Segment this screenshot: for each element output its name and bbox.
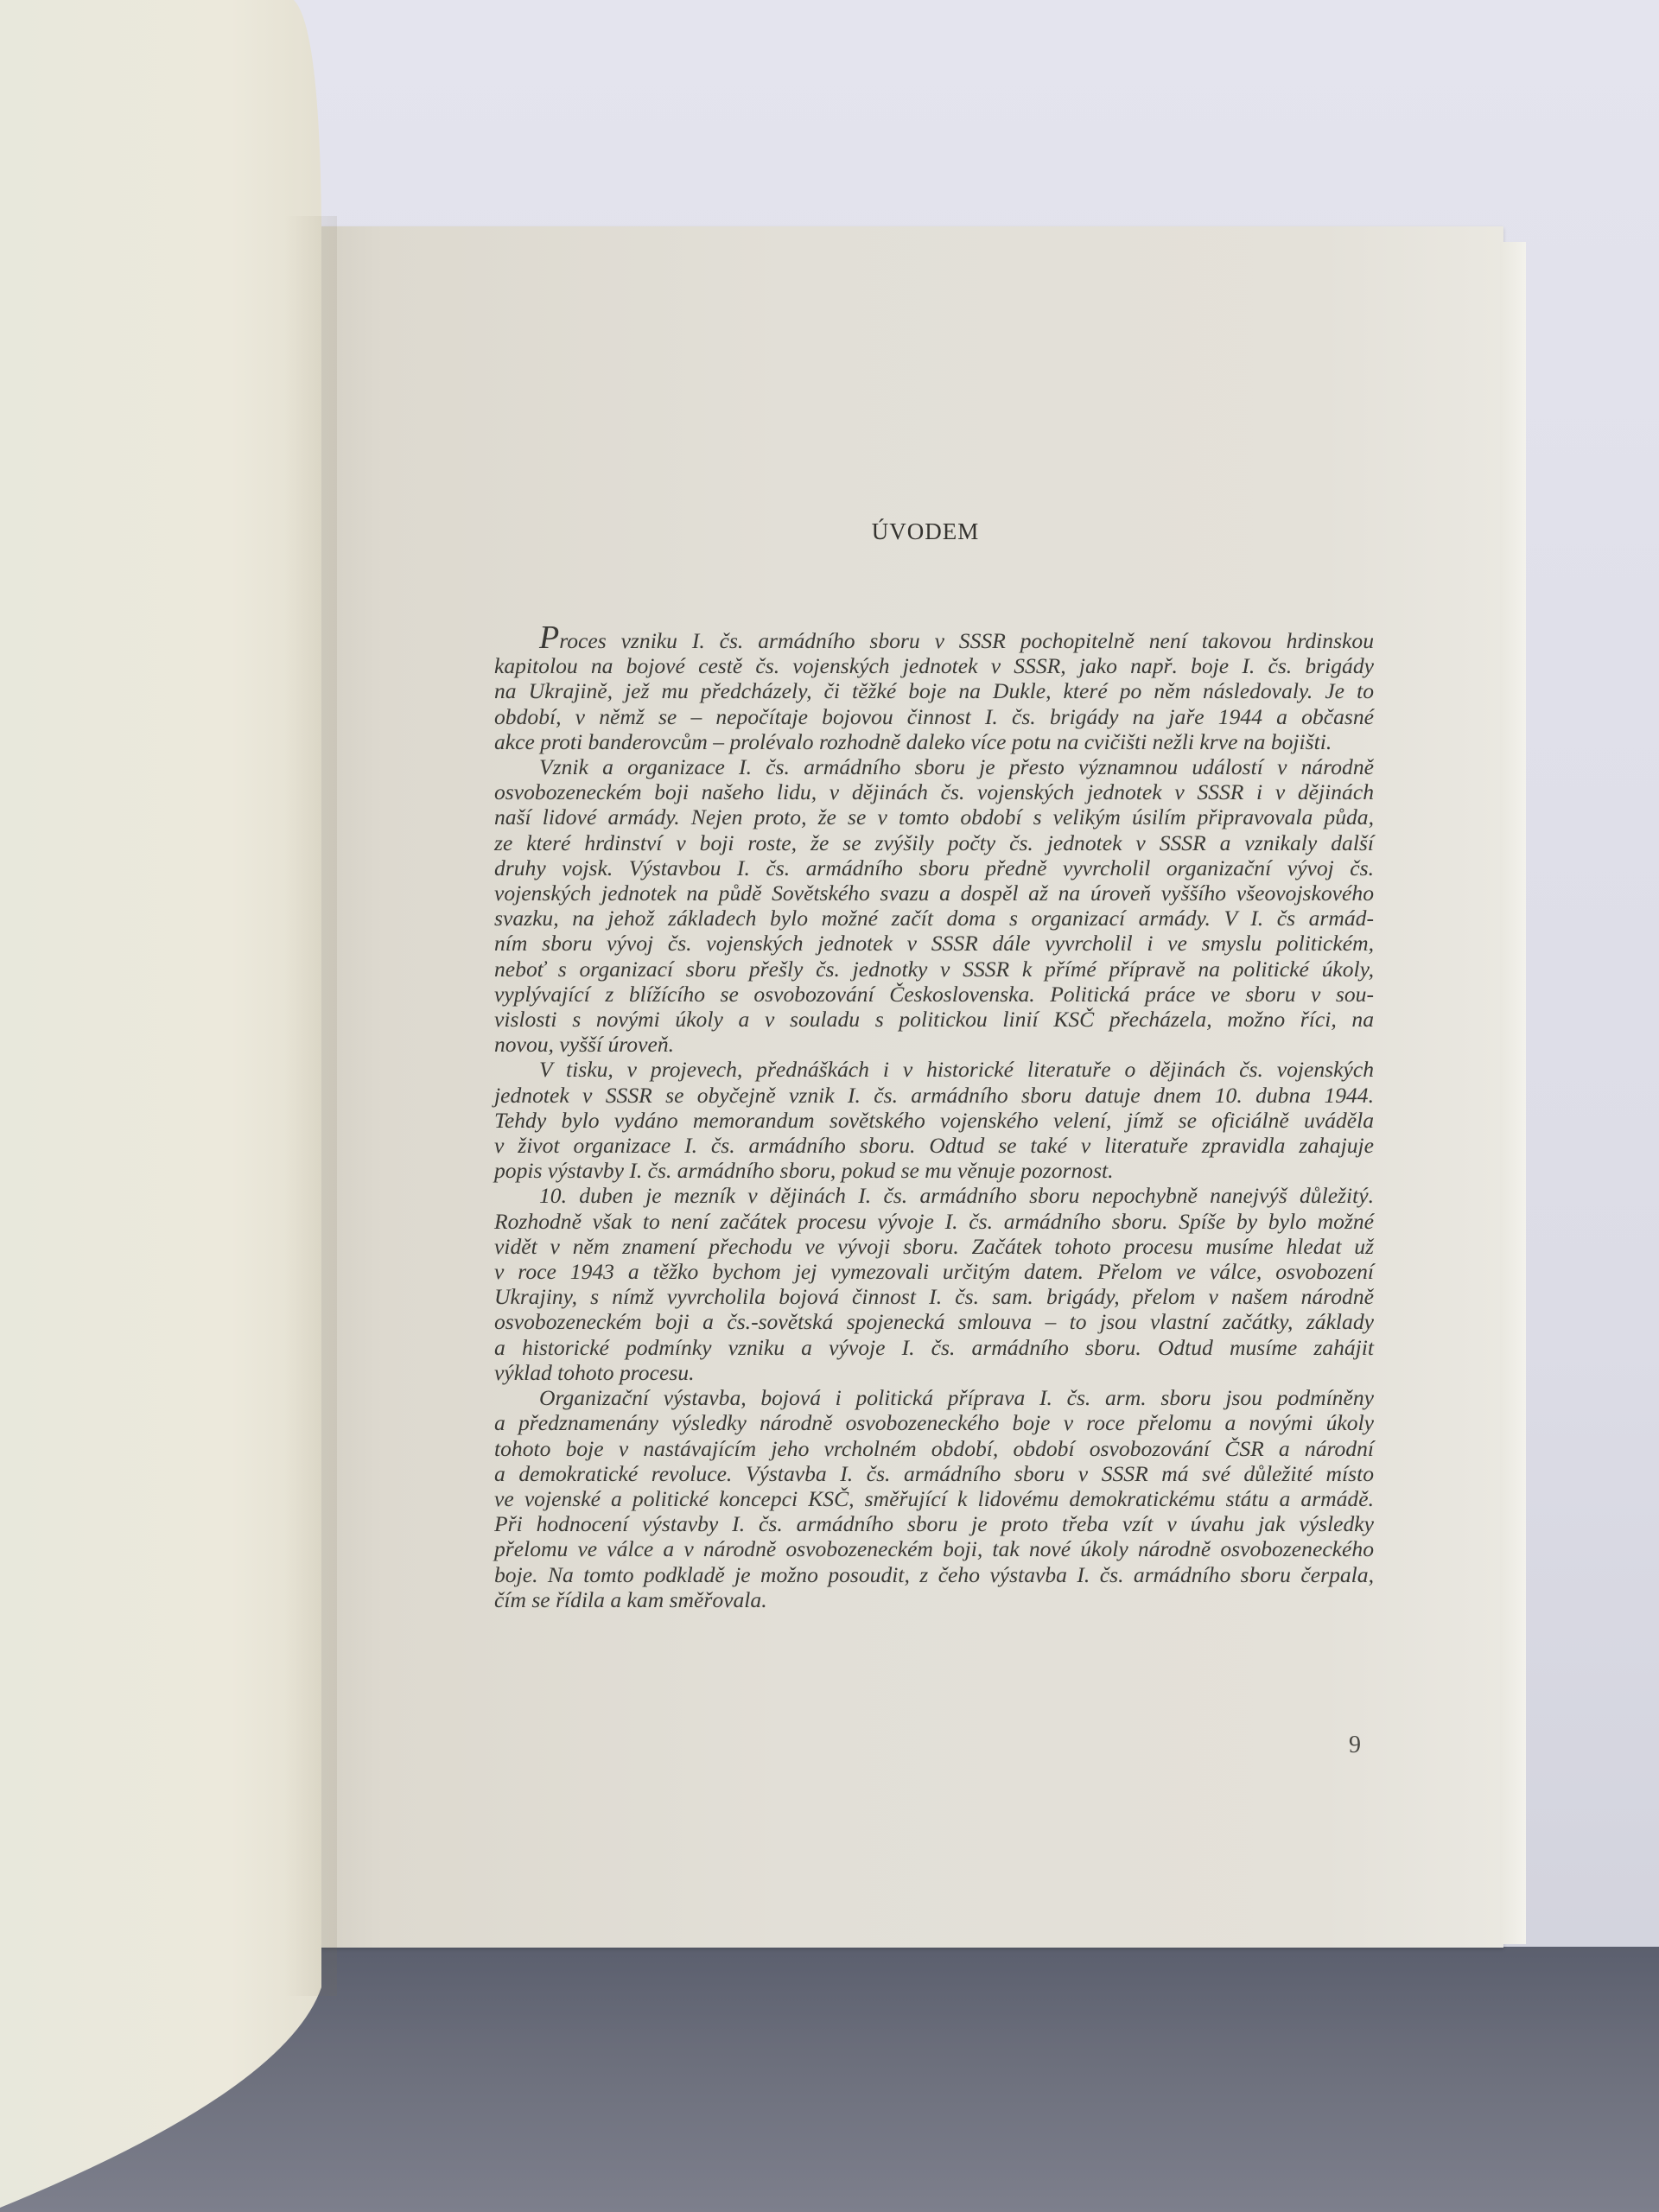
text-line: výklad tohoto procesu. <box>494 1360 1374 1385</box>
text-line: v život organizace I. čs. armádního sbor… <box>494 1133 1374 1158</box>
text-line: popis výstavby I. čs. armádního sboru, p… <box>494 1158 1374 1183</box>
text-line: Tehdy bylo vydáno memorandum sovětského … <box>494 1108 1374 1133</box>
text-line: kapitolou na bojové cestě čs. vojenských… <box>494 653 1374 678</box>
page-text-block: ÚVODEM Proces vzniku I. čs. armádního sb… <box>494 518 1374 1612</box>
text-line: tohoto boje v nastávajícím jeho vrcholné… <box>494 1436 1374 1461</box>
text-line: a historické podmínky vzniku a vývoje I.… <box>494 1335 1374 1360</box>
body-paragraph: Organizační výstavba, bojová i politická… <box>494 1385 1374 1612</box>
text-line: v roce 1943 a těžko bychom jej vymezoval… <box>494 1259 1374 1284</box>
text-line: období, v němž se – nepočítaje bojovou č… <box>494 704 1374 729</box>
page-number: 9 <box>1349 1732 1361 1759</box>
text-line: vislosti s novými úkoly a v souladu s po… <box>494 1007 1374 1032</box>
body-paragraph: Proces vzniku I. čs. armádního sboru v S… <box>494 626 1374 754</box>
text-line: vyplývající z blížícího se osvobozování … <box>494 982 1374 1007</box>
text-line: přelomu ve válce a v národně osvobozenec… <box>494 1536 1374 1561</box>
text-line: ve vojenské a politické koncepci KSČ, sm… <box>494 1486 1374 1511</box>
text-line-content: roces vzniku I. čs. armádního sboru v SS… <box>559 628 1374 653</box>
gutter-shadow <box>285 216 337 1996</box>
text-line: boje. Na tomto podkladě je možno posoudi… <box>494 1562 1374 1587</box>
text-line: a demokratické revoluce. Výstavba I. čs.… <box>494 1461 1374 1486</box>
text-line: druhy vojsk. Výstavbou I. čs. armádního … <box>494 855 1374 880</box>
text-line: Ukrajiny, s nímž vyvrcholila bojová činn… <box>494 1284 1374 1309</box>
text-line: na Ukrajině, jež mu předcházely, či těžk… <box>494 678 1374 703</box>
text-line: Organizační výstavba, bojová i politická… <box>494 1385 1374 1410</box>
text-line: Vznik a organizace I. čs. armádního sbor… <box>494 754 1374 779</box>
left-book-page <box>0 0 328 2212</box>
text-line: ním sboru vývoj čs. vojenských jednotek … <box>494 931 1374 956</box>
text-line: čím se řídila a kam směřovala. <box>494 1587 1374 1612</box>
text-line: naší lidové armády. Nejen proto, že se v… <box>494 804 1374 829</box>
text-line: a předznamenány výsledky národně osvoboz… <box>494 1410 1374 1435</box>
text-line: osvobozeneckém boji a čs.-sovětská spoje… <box>494 1309 1374 1334</box>
text-line: neboť s organizací sboru přešly čs. jedn… <box>494 957 1374 982</box>
text-line: svazku, na jehož základech bylo možné za… <box>494 906 1374 931</box>
text-line: ze které hrdinství v boji roste, že se z… <box>494 830 1374 855</box>
text-line: 10. duben je mezník v dějinách I. čs. ar… <box>494 1183 1374 1208</box>
text-line: Proces vzniku I. čs. armádního sboru v S… <box>494 626 1374 653</box>
body-paragraphs: Proces vzniku I. čs. armádního sboru v S… <box>494 626 1374 1612</box>
text-line: akce proti banderovcům – prolévalo rozho… <box>494 729 1374 754</box>
chapter-title: ÚVODEM <box>494 518 1374 545</box>
text-line: V tisku, v projevech, přednáškách i v hi… <box>494 1057 1374 1082</box>
text-line: jednotek v SSSR se obyčejně vznik I. čs.… <box>494 1083 1374 1108</box>
text-line: vojenských jednotek na půdě Sovětského s… <box>494 880 1374 906</box>
text-line: Při hodnocení výstavby I. čs. armádního … <box>494 1511 1374 1536</box>
initial-letter: P <box>539 620 559 656</box>
body-paragraph: 10. duben je mezník v dějinách I. čs. ar… <box>494 1183 1374 1385</box>
text-line: osvobozeneckém boji našeho lidu, v dějin… <box>494 779 1374 804</box>
text-line: Rozhodně však to není začátek procesu vý… <box>494 1209 1374 1234</box>
page-edge-stack <box>1500 242 1526 1944</box>
text-line: vidět v něm znamení přechodu ve vývoji s… <box>494 1234 1374 1259</box>
body-paragraph: V tisku, v projevech, přednáškách i v hi… <box>494 1057 1374 1183</box>
body-paragraph: Vznik a organizace I. čs. armádního sbor… <box>494 754 1374 1057</box>
text-line: novou, vyšší úroveň. <box>494 1032 1374 1057</box>
